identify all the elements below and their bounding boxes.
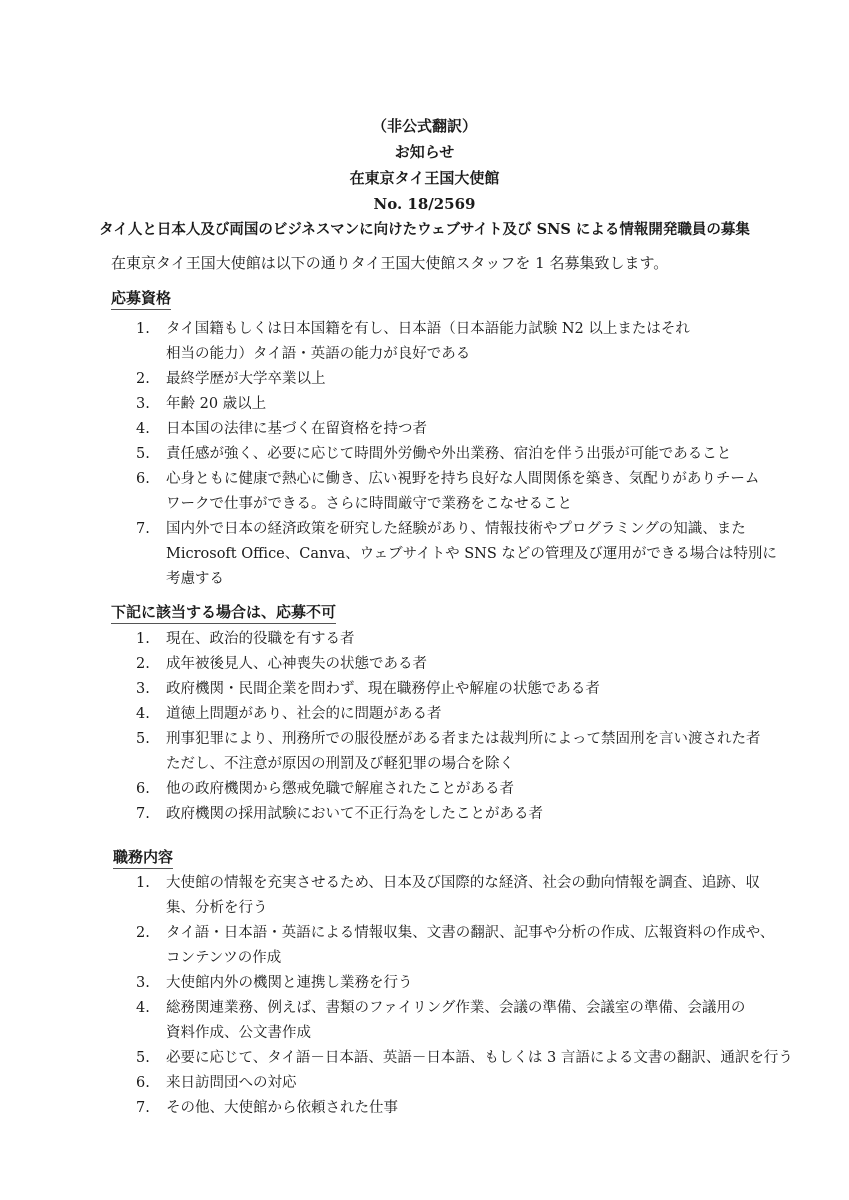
- notice-title: お知らせ: [0, 142, 849, 162]
- section-title-disqualifications: 下記に該当する場合は、応募不可: [111, 602, 336, 624]
- section-title-eligibility: 応募資格: [111, 288, 171, 310]
- document-number: No. 18/2569: [0, 194, 849, 214]
- document-page: （非公式翻訳） お知らせ 在東京タイ王国大使館 No. 18/2569 タイ人と…: [0, 0, 849, 1200]
- organization-name: 在東京タイ王国大使館: [0, 168, 849, 188]
- translation-note: （非公式翻訳）: [0, 116, 849, 136]
- section-title-duties: 職務内容: [113, 847, 173, 869]
- document-subject: タイ人と日本人及び両国のビジネスマンに向けたウェブサイト及び SNS による情報…: [0, 220, 849, 240]
- intro-paragraph: 在東京タイ王国大使館は以下の通りタイ王国大使館スタッフを 1 名募集致します。: [111, 252, 668, 274]
